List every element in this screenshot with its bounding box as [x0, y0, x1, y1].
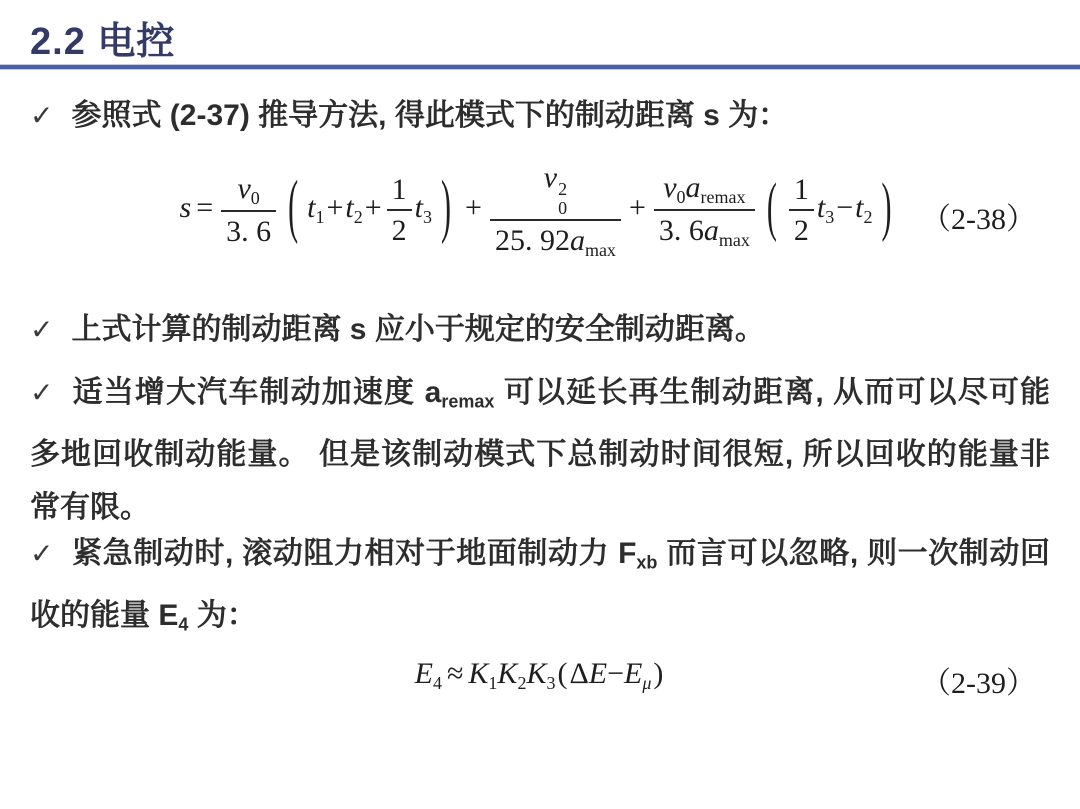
- text-segment: 适当增大汽车制动加速度 a: [73, 376, 442, 409]
- coef-3p6: 3. 6: [659, 214, 704, 247]
- sub-max: max: [719, 230, 750, 250]
- frac-denominator: 2: [387, 211, 412, 251]
- var-t3: t: [415, 191, 423, 224]
- formula-2-39-math: E4≈K1K2K3(ΔE−Eμ): [415, 657, 666, 694]
- sup-2: 2: [558, 180, 567, 199]
- var-a: a: [704, 214, 719, 247]
- equals-sign: =: [196, 191, 213, 224]
- bullet-derivation: ✓参照式 (2-37) 推导方法, 得此模式下的制动距离 s 为：: [30, 96, 1050, 136]
- minus-sign: −: [836, 191, 853, 224]
- title-underline: [0, 64, 1080, 70]
- fraction-v0sq-over-25p92amax: v2025. 92amax: [490, 158, 621, 262]
- bullet-safety-distance: ✓上式计算的制动距离 s 应小于规定的安全制动距离。: [30, 310, 1050, 350]
- open-paren: (: [557, 657, 567, 690]
- fraction-one-half: 12: [387, 170, 412, 251]
- formula-2-38-math: s=v03. 6(t1+t2+12t3)+v2025. 92amax+v0are…: [180, 158, 901, 262]
- close-paren: ): [881, 170, 891, 245]
- frac-numerator: v0: [232, 169, 264, 211]
- var-K1: K: [468, 657, 488, 690]
- check-icon: ✓: [30, 538, 54, 569]
- close-paren: ): [653, 657, 663, 690]
- plus-sign: +: [365, 191, 382, 224]
- formula-2-38: s=v03. 6(t1+t2+12t3)+v2025. 92amax+v0are…: [0, 150, 1080, 270]
- bullet-derivation-text: 参照式 (2-37) 推导方法, 得此模式下的制动距离 s 为：: [71, 99, 788, 132]
- sub-4: 4: [433, 673, 442, 693]
- text-segment: 紧急制动时, 滚动阻力相对于地面制动力 F: [72, 537, 636, 570]
- fraction-v0aremax-over-3p6amax: v0aremax3. 6amax: [654, 168, 755, 253]
- bullet-aremax: ✓适当增大汽车制动加速度 aremax 可以延长再生制动距离, 从而可以尽可能 …: [30, 366, 1050, 534]
- sub-3: 3: [825, 207, 834, 227]
- sub-remax: remax: [441, 391, 494, 411]
- sub-xb: xb: [636, 552, 657, 572]
- delta-sign: Δ: [569, 657, 588, 690]
- coef-25p92: 25. 92: [495, 224, 570, 257]
- approx-sign: ≈: [447, 657, 463, 690]
- var-v: v: [663, 171, 676, 204]
- frac-numerator: 1: [789, 170, 814, 210]
- plus-sign: +: [326, 191, 343, 224]
- frac-denominator: 25. 92amax: [490, 221, 621, 263]
- sub-4: 4: [178, 615, 188, 635]
- slide-title: 2.2 电控: [30, 10, 175, 65]
- var-v: v: [237, 172, 250, 205]
- text-segment: 而言可以忽略, 则一次制动回: [657, 537, 1050, 570]
- frac-denominator: 2: [789, 211, 814, 251]
- frac-numerator: v20: [539, 158, 572, 219]
- check-icon: ✓: [30, 377, 55, 408]
- frac-denominator: 3. 6amax: [654, 211, 755, 253]
- var-t2: t: [345, 191, 353, 224]
- close-paren: ): [441, 168, 451, 248]
- formula-2-39-label: （2-39）: [921, 658, 1036, 702]
- var-a: a: [570, 224, 585, 257]
- text-segment: 可以延长再生制动距离, 从而可以尽可能: [494, 376, 1050, 409]
- text-segment: 为：: [188, 599, 256, 632]
- sub-max: max: [585, 240, 616, 260]
- bullet-aremax-line2: 多地回收制动能量。 但是该制动模式下总制动时间很短, 所以回收的能量非: [30, 428, 1050, 481]
- var-E4: E: [415, 657, 433, 690]
- slide: 2.2 电控 ✓参照式 (2-37) 推导方法, 得此模式下的制动距离 s 为：…: [0, 0, 1080, 809]
- bullet-safety-distance-text: 上式计算的制动距离 s 应小于规定的安全制动距离。: [71, 313, 764, 346]
- sub-0: 0: [251, 188, 260, 208]
- supsub-stack: 20: [558, 180, 567, 218]
- check-icon: ✓: [30, 314, 53, 345]
- formula-2-39: E4≈K1K2K3(ΔE−Eμ): [0, 642, 1080, 708]
- check-icon: ✓: [30, 100, 53, 131]
- fraction-v0-over-3p6: v03. 6: [221, 169, 276, 252]
- sub-3: 3: [423, 207, 432, 227]
- var-K3: K: [526, 657, 546, 690]
- var-E: E: [624, 657, 642, 690]
- var-E: E: [589, 657, 607, 690]
- sub-remax: remax: [701, 187, 746, 207]
- sub-3: 3: [546, 673, 555, 693]
- frac-numerator: 1: [387, 170, 412, 210]
- plus-sign: +: [465, 191, 482, 224]
- var-t3: t: [817, 191, 825, 224]
- sub-0: 0: [558, 199, 567, 218]
- text-segment: 收的能量 E: [30, 599, 178, 632]
- open-paren: (: [767, 170, 777, 245]
- bullet-emergency-line1: ✓紧急制动时, 滚动阻力相对于地面制动力 Fxb 而言可以忽略, 则一次制动回: [30, 527, 1050, 589]
- var-K2: K: [497, 657, 517, 690]
- frac-numerator: v0aremax: [658, 168, 750, 210]
- sub-mu: μ: [642, 673, 651, 693]
- plus-sign: +: [629, 191, 646, 224]
- minus-sign: −: [607, 657, 624, 690]
- bullet-aremax-line1: ✓适当增大汽车制动加速度 aremax 可以延长再生制动距离, 从而可以尽可能: [30, 366, 1050, 428]
- sub-2: 2: [354, 207, 363, 227]
- open-paren: (: [288, 168, 298, 248]
- bullet-emergency-braking: ✓紧急制动时, 滚动阻力相对于地面制动力 Fxb 而言可以忽略, 则一次制动回 …: [30, 527, 1050, 652]
- var-a: a: [686, 171, 701, 204]
- frac-denominator: 3. 6: [221, 212, 276, 252]
- var-s: s: [180, 191, 192, 224]
- sub-1: 1: [315, 207, 324, 227]
- sub-0: 0: [677, 187, 686, 207]
- var-v: v: [544, 161, 557, 194]
- fraction-one-half: 12: [789, 170, 814, 251]
- sub-2: 2: [863, 207, 872, 227]
- formula-2-38-label: （2-38）: [921, 194, 1036, 238]
